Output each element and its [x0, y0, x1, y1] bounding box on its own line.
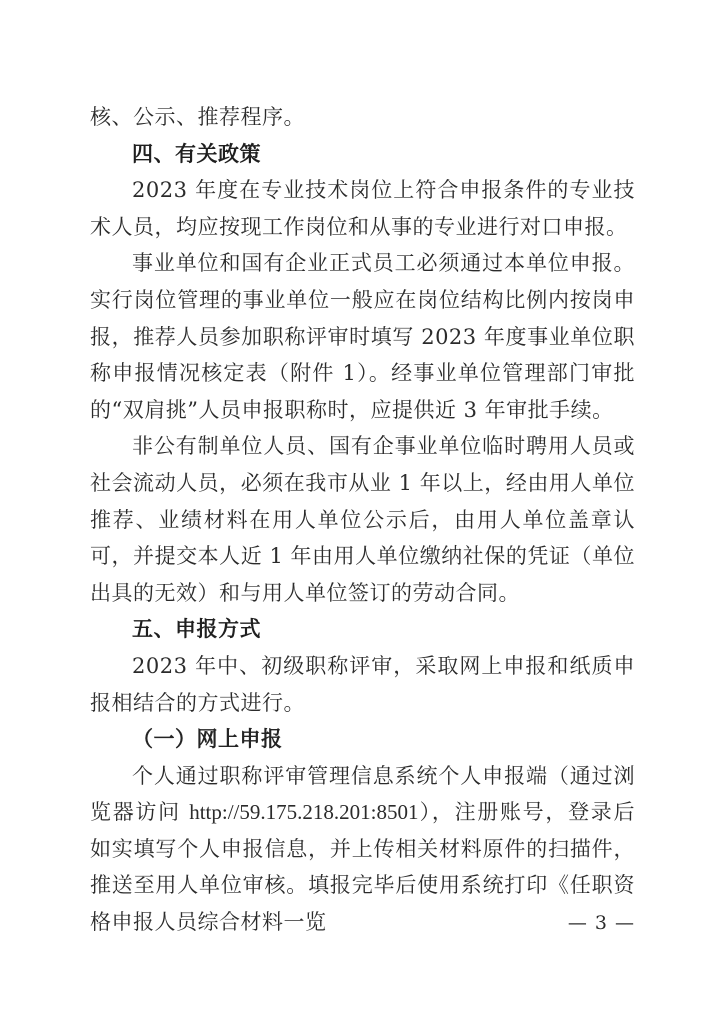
application-system-url-text: http://59.175.218.201:8501 — [189, 800, 418, 824]
document-content: 核、公示、推荐程序。 四、有关政策 2023 年度在专业技术岗位上符合申报条件的… — [90, 99, 635, 941]
paragraph-application-method-intro: 2023 年中、初级职称评审，采取网上申报和纸质申报相结合的方式进行。 — [90, 648, 635, 721]
section-heading-policies: 四、有关政策 — [90, 136, 635, 173]
paragraph-eligibility: 2023 年度在专业技术岗位上符合申报条件的专业技术人员，均应按现工作岗位和从事… — [90, 172, 635, 245]
document-page: 核、公示、推荐程序。 四、有关政策 2023 年度在专业技术岗位上符合申报条件的… — [0, 0, 724, 1024]
section-heading-application-method: 五、申报方式 — [90, 611, 635, 648]
paragraph-non-public-unit-rules: 非公有制单位人员、国有企事业单位临时聘用人员或社会流动人员，必须在我市从业 1 … — [90, 428, 635, 611]
paragraph-public-institution-rules: 事业单位和国有企业正式员工必须通过本单位申报。实行岗位管理的事业单位一般应在岗位… — [90, 245, 635, 428]
paragraph-continued-from-previous-page: 核、公示、推荐程序。 — [90, 99, 635, 136]
page-footer: — 3 — — [90, 912, 635, 934]
page-number-label: — 3 — — [568, 912, 635, 934]
subsection-heading-online-application: （一）网上申报 — [90, 721, 635, 758]
